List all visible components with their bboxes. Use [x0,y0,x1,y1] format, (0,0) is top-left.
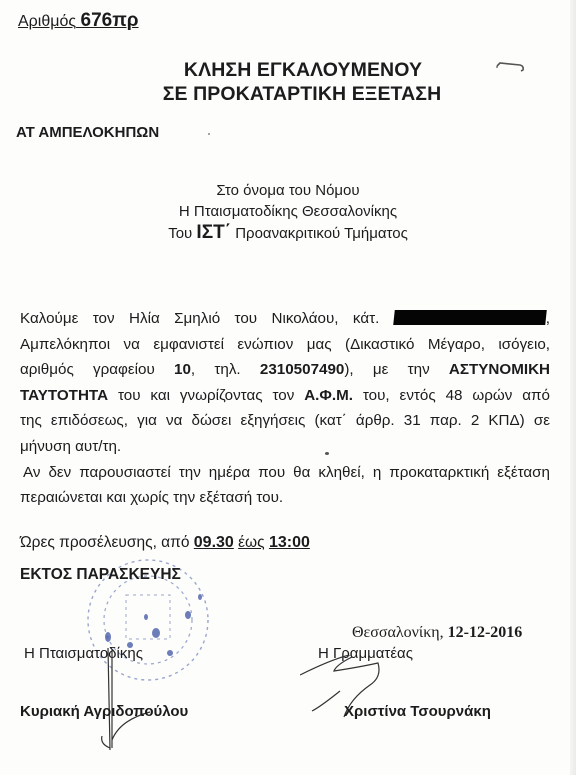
except-day: ΕΚΤΟΣ ΠΑΡΑΣΚΕΥΗΣ [20,566,181,584]
left-signatory-name: Κυριακή Αγριδοπούλου [20,703,188,720]
heading-line-2: Η Πταισματοδίκης Θεσσαλονίκης [0,201,576,222]
body-line-5: της επιδόσεως, για να δώσει εξηγήσεις (κ… [20,408,550,434]
hours-from: 09.30 [194,534,234,551]
heading-line-3: Του ΙΣΤ΄ Προανακριτικού Τμήματος [0,222,576,244]
tax-id-label: Α.Φ.Μ. [304,387,353,404]
right-signatory-name: Χριστίνα Τσουρνάκη [344,703,491,720]
body-line-3: αριθμός γραφείου 10, τηλ. 2310507490), μ… [20,357,550,383]
scan-speck [325,452,329,455]
redacted-address [393,310,547,325]
document-title: ΚΛΗΣΗ ΕΓΚΑΛΟΥΜΕΝΟΥ ΣΕ ΠΡΟΚΑΤΑΡΤΙΚΗ ΕΞΕΤΑ… [0,58,576,106]
title-line-2: ΣΕ ΠΡΟΚΑΤΑΡΤΙΚΗ ΕΞΕΤΑΣΗ [0,82,576,106]
heading-line-1: Στο όνομα του Νόμου [0,180,576,201]
reference-value: 676πρ [81,10,139,31]
phone-number: 2310507490 [260,361,344,378]
body-line-8: περαιώνεται και χωρίς την εξέτασή του. [20,485,550,511]
reference-number: Αριθμός 676πρ [18,10,139,32]
office-number: 10 [174,361,191,378]
signature-right-icon [300,655,410,735]
visiting-hours: Ώρες προσέλευσης, από 09.30 έως 13:00 [20,534,310,552]
document-date: 12-12-2016 [448,624,523,641]
authority-heading: Στο όνομα του Νόμου Η Πταισματοδίκης Θεσ… [0,180,576,244]
body-line-7: Αν δεν παρουσιαστεί την ημέρα που θα κλη… [20,460,550,486]
body-line-4: ΤΑΥΤΟΤΗΤΑ του και γνωρίζοντας τον Α.Φ.Μ.… [20,383,550,409]
body-line-6: μήνυση αυτ/τη. [20,434,550,460]
scan-speck [208,133,210,135]
summons-body: Καλούμε τον Ηλία Σμηλιό του Νικολάου, κά… [20,306,550,511]
staple-mark-icon [494,60,528,76]
signature-left-icon [90,640,160,760]
police-department: ΑΤ ΑΜΠΕΛΟΚΗΠΩΝ [16,124,159,141]
title-line-1: ΚΛΗΣΗ ΕΓΚΑΛΟΥΜΕΝΟΥ [0,58,576,82]
place-and-date: Θεσσαλονίκη, 12-12-2016 [352,624,522,642]
section-number: ΙΣΤ΄ [196,222,231,243]
reference-label: Αριθμός [18,13,76,30]
body-line-1: Καλούμε τον Ηλία Σμηλιό του Νικολάου, κά… [20,306,550,332]
hours-to: 13:00 [269,534,310,551]
scan-edge-shadow [570,0,576,775]
body-line-2: Αμπελόκηποι να εμφανιστεί ενώπιον μας (Δ… [20,332,550,358]
